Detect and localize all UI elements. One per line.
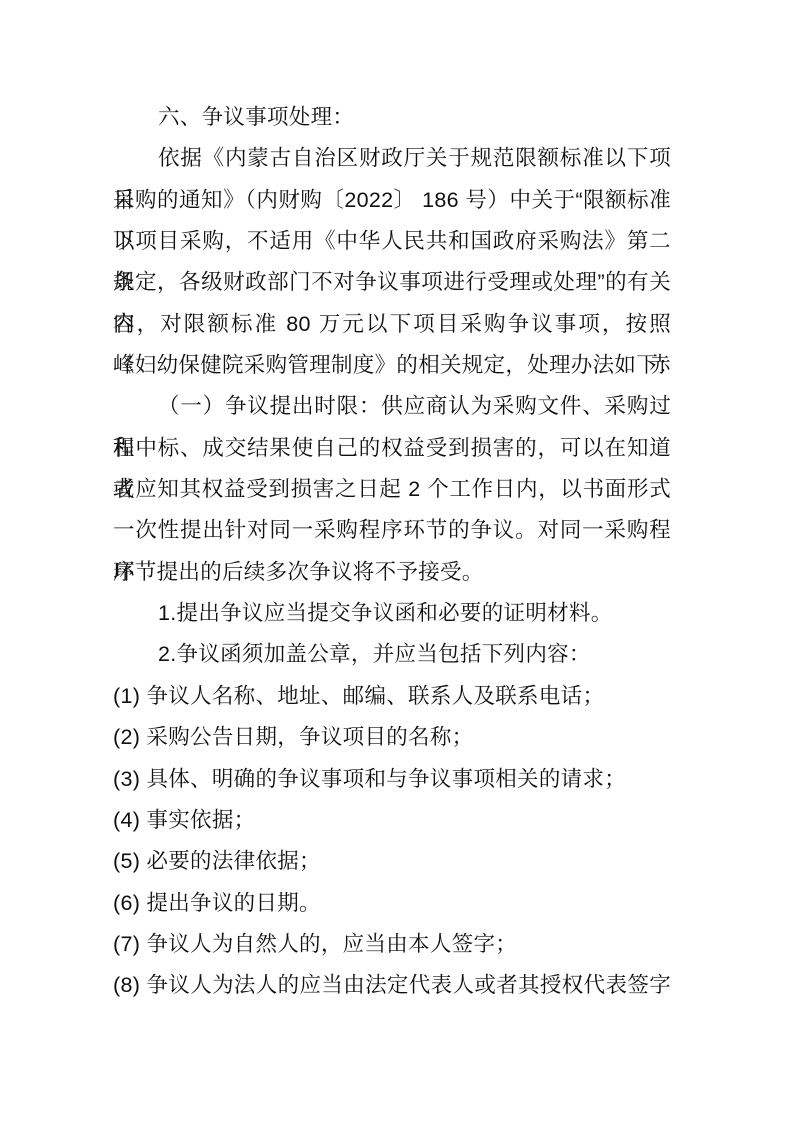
paragraph-basis-line-3: 下项目采购，不适用《中华人民共和国政府采购法》第二条 [113, 221, 671, 262]
paragraph-timelimit-line-2: 和中标、成交结果使自己的权益受到损害的，可以在知道或 [113, 428, 671, 469]
list-item-8: (8) 争议人为法人的应当由法定代表人或者其授权代表签字 [113, 965, 671, 1006]
paragraph-basis-line-5: 容，对限额标准 80 万元以下项目采购争议事项，按照《赤 [113, 304, 671, 345]
paragraph-basis-line-2: 采购的通知》（内财购〔2022〕 186 号）中关于“限额标准以 [113, 180, 671, 221]
document-text-block: 六、争议事项处理： 依据《内蒙古自治区财政厅关于规范限额标准以下项目 采购的通知… [113, 97, 671, 1007]
paragraph-basis-line-4: 规定，各级财政部门不对争议事项进行受理或处理”的有关内 [113, 262, 671, 303]
document-page: 六、争议事项处理： 依据《内蒙古自治区财政厅关于规范限额标准以下项目 采购的通知… [0, 0, 793, 1121]
list-item-3: (3) 具体、明确的争议事项和与争议事项相关的请求； [113, 759, 671, 800]
list-item-5: (5) 必要的法律依据； [113, 841, 671, 882]
paragraph-basis-line-1: 依据《内蒙古自治区财政厅关于规范限额标准以下项目 [113, 138, 671, 179]
list-item-2: (2) 采购公告日期，争议项目的名称； [113, 717, 671, 758]
paragraph-basis-last-line: 峰妇幼保健院采购管理制度》的相关规定，处理办法如下： [113, 345, 671, 386]
section-heading: 六、争议事项处理： [113, 97, 671, 138]
paragraph-timelimit-line-3: 者应知其权益受到损害之日起 2 个工作日内，以书面形式 [113, 469, 671, 510]
list-item-4: (4) 事实依据； [113, 800, 671, 841]
clause-1: 1.提出争议应当提交争议函和必要的证明材料。 [113, 593, 671, 634]
paragraph-timelimit-last-line: 环节提出的后续多次争议将不予接受。 [113, 552, 671, 593]
paragraph-timelimit-line-1: （一）争议提出时限：供应商认为采购文件、采购过程 [113, 386, 671, 427]
clause-2: 2.争议函须加盖公章，并应当包括下列内容： [113, 634, 671, 675]
paragraph-timelimit-line-4: 一次性提出针对同一采购程序环节的争议。对同一采购程序 [113, 510, 671, 551]
list-item-7: (7) 争议人为自然人的，应当由本人签字； [113, 924, 671, 965]
list-item-6: (6) 提出争议的日期。 [113, 883, 671, 924]
list-item-1: (1) 争议人名称、地址、邮编、联系人及联系电话； [113, 676, 671, 717]
